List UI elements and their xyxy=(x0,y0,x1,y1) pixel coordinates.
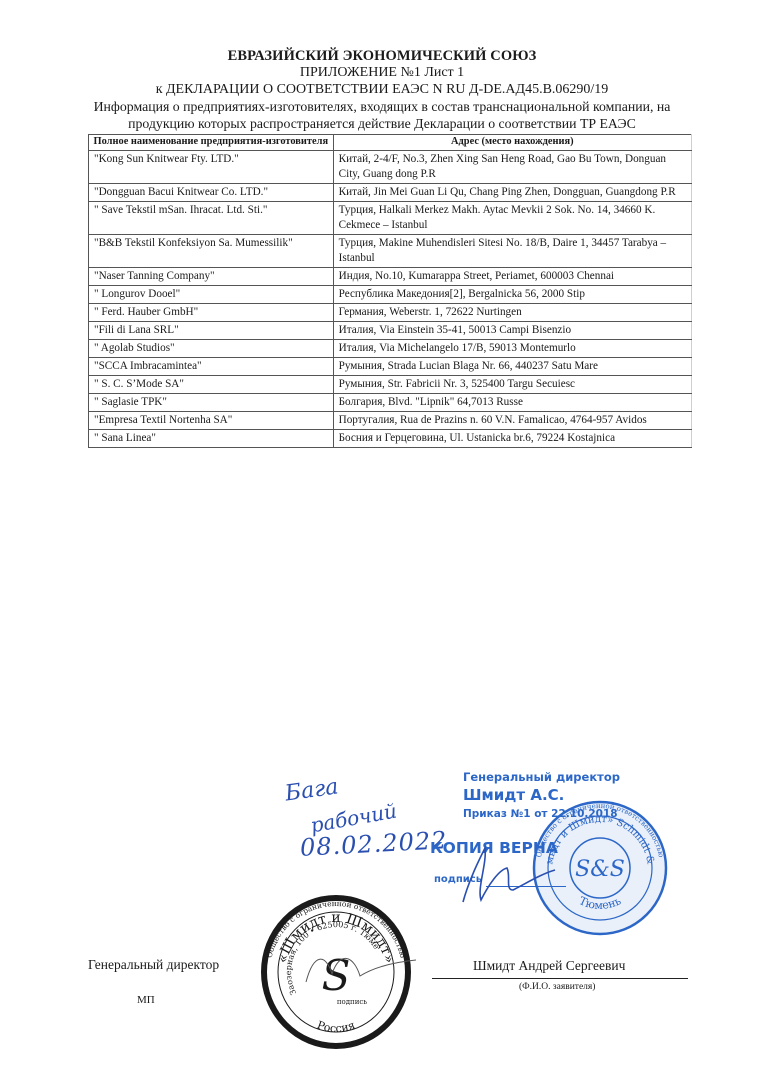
manufacturer-address: Индия, No.10, Kumarappa Street, Periamet… xyxy=(333,267,691,285)
manufacturer-name: " S. C. S’Mode SA" xyxy=(89,375,334,393)
table-row: "Fili di Lana SRL"Италия, Via Einstein 3… xyxy=(89,321,692,339)
table-row: "Empresa Textil Nortenha SA"Португалия, … xyxy=(89,411,692,429)
manufacturer-address: Болгария, Blvd. "Lipnik" 64,7013 Russe xyxy=(333,393,691,411)
manufacturer-name: "Dongguan Bacui Knitwear Co. LTD." xyxy=(89,183,334,201)
manufacturer-address: Румыния, Str. Fabricii Nr. 3, 525400 Tar… xyxy=(333,375,691,393)
column-header-address: Адрес (место нахождения) xyxy=(333,135,691,151)
manufacturer-name: "B&B Tekstil Konfeksiyon Sa. Mumessilik" xyxy=(89,234,334,267)
manufacturer-address: Португалия, Rua de Prazins n. 60 V.N. Fa… xyxy=(333,411,691,429)
manufacturer-name: "SCCA Imbracamintea" xyxy=(89,357,334,375)
table-row: "B&B Tekstil Konfeksiyon Sa. Mumessilik"… xyxy=(89,234,692,267)
handwritten-note-1: Бага xyxy=(284,774,340,806)
stamp-title: Генеральный директор xyxy=(463,770,620,784)
manufacturer-address: Румыния, Strada Lucian Blaga Nr. 66, 440… xyxy=(333,357,691,375)
table-row: " Agolab Studios"Италия, Via Michelangel… xyxy=(89,339,692,357)
table-row: " Sana Linea"Босния и Герцеговина, Ul. U… xyxy=(89,429,692,447)
black-seal-icon: «Шмидт и Шмидт» Россия Общество с ограни… xyxy=(256,892,416,1052)
manufacturer-name: "Kong Sun Knitwear Fty. LTD." xyxy=(89,150,334,183)
manufacturer-address: Китай, Jin Mei Guan Li Qu, Chang Ping Zh… xyxy=(333,183,691,201)
manufacturer-address: Республика Македония[2], Bergalnicka 56,… xyxy=(333,285,691,303)
declaration-number: к ДЕКЛАРАЦИИ О СООТВЕТСТВИИ ЕАЭС N RU Д-… xyxy=(0,82,764,98)
manufacturer-name: " Sana Linea" xyxy=(89,429,334,447)
manufacturer-address: Босния и Герцеговина, Ul. Ustanicka br.6… xyxy=(333,429,691,447)
table-row: " Save Tekstil mSan. Ihracat. Ltd. Sti."… xyxy=(89,201,692,234)
manufacturer-address: Италия, Via Einstein 35-41, 50013 Campi … xyxy=(333,321,691,339)
table-row: " Longurov Dooel"Республика Македония[2]… xyxy=(89,285,692,303)
svg-text:подпись: подпись xyxy=(337,998,367,1006)
manufacturer-name: " Saglasie TPK" xyxy=(89,393,334,411)
manufacturer-name: " Save Tekstil mSan. Ihracat. Ltd. Sti." xyxy=(89,201,334,234)
table-row: " Saglasie TPK"Болгария, Blvd. "Lipnik" … xyxy=(89,393,692,411)
union-title: ЕВРАЗИЙСКИЙ ЭКОНОМИЧЕСКИЙ СОЮЗ xyxy=(0,48,764,65)
manufacturer-address: Турция, Makine Muhendisleri Sitesi No. 1… xyxy=(333,234,691,267)
table-header-row: Полное наименование предприятия-изготови… xyxy=(89,135,692,151)
applicant-name: Шмидт Андрей Сергеевич xyxy=(473,958,625,974)
manufacturer-name: "Naser Tanning Company" xyxy=(89,267,334,285)
table-row: "Naser Tanning Company"Индия, No.10, Kum… xyxy=(89,267,692,285)
table-row: "Dongguan Bacui Knitwear Co. LTD."Китай,… xyxy=(89,183,692,201)
column-header-name: Полное наименование предприятия-изготови… xyxy=(89,135,334,151)
manufacturer-name: " Longurov Dooel" xyxy=(89,285,334,303)
manufacturer-address: Германия, Weberstr. 1, 72622 Nurtingen xyxy=(333,303,691,321)
mp-label: МП xyxy=(137,994,155,1006)
manufacturer-name: "Fili di Lana SRL" xyxy=(89,321,334,339)
table-row: "Kong Sun Knitwear Fty. LTD."Китай, 2-4/… xyxy=(89,150,692,183)
manufacturers-table: Полное наименование предприятия-изготови… xyxy=(88,134,692,448)
manufacturer-name: " Agolab Studios" xyxy=(89,339,334,357)
manufacturer-name: "Empresa Textil Nortenha SA" xyxy=(89,411,334,429)
manufacturer-address: Италия, Via Michelangelo 17/B, 59013 Mon… xyxy=(333,339,691,357)
info-line-2: продукцию которых распространяется дейст… xyxy=(0,116,764,132)
position-label: Генеральный директор xyxy=(88,957,219,973)
table-row: "SCCA Imbracamintea"Румыния, Strada Luci… xyxy=(89,357,692,375)
table-row: " S. C. S’Mode SA"Румыния, Str. Fabricii… xyxy=(89,375,692,393)
table-row: " Ferd. Hauber GmbH"Германия, Weberstr. … xyxy=(89,303,692,321)
signature-line-right xyxy=(432,978,688,979)
manufacturer-address: Турция, Halkali Merkez Makh. Aytac Mevki… xyxy=(333,201,691,234)
appendix-title: ПРИЛОЖЕНИЕ №1 Лист 1 xyxy=(0,65,764,81)
info-line-1: Информация о предприятиях-изготовителях,… xyxy=(0,99,764,115)
manufacturer-address: Китай, 2-4/F, No.3, Zhen Xing San Heng R… xyxy=(333,150,691,183)
svg-text:S&S: S&S xyxy=(575,857,625,882)
signature-scribble-icon xyxy=(455,840,565,910)
manufacturer-name: " Ferd. Hauber GmbH" xyxy=(89,303,334,321)
applicant-caption: (Ф.И.О. заявителя) xyxy=(519,982,595,992)
